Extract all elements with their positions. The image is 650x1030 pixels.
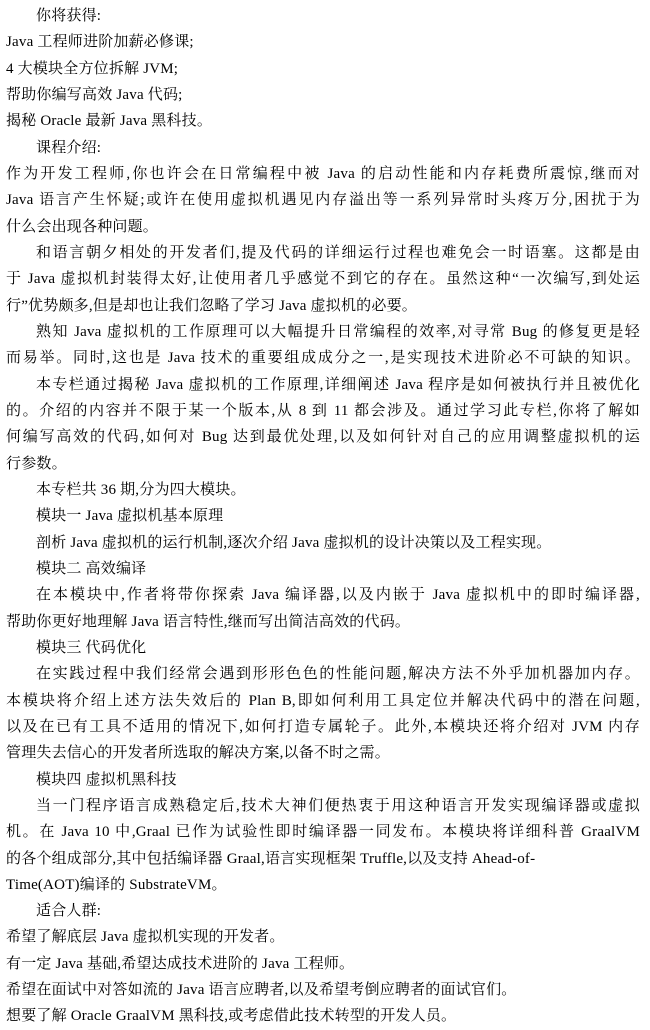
doc-line: 你将获得: [6,3,640,29]
doc-line: 的各个组成部分,其中包括编译器 Graal,语言实现框架 Truffle,以及支… [6,846,640,872]
doc-line: 行参数。 [6,451,640,477]
doc-line: Time(AOT)编译的 SubstrateVM。 [6,872,640,898]
doc-line: 本专栏共 36 期,分为四大模块。 [6,477,640,503]
doc-line: 帮助你编写高效 Java 代码; [6,82,640,108]
doc-line: 和语言朝夕相处的开发者们,提及代码的详细运行过程也难免会一时语塞。这都是由 [6,240,640,266]
doc-line: 何编写高效的代码,如何对 Bug 达到最优处理,以及如何针对自己的应用调整虚拟机… [6,424,640,450]
doc-line: 于 Java 虚拟机封装得太好,让使用者几乎感觉不到它的存在。虽然这种“一次编写… [6,266,640,292]
doc-line: 熟知 Java 虚拟机的工作原理可以大幅提升日常编程的效率,对寻常 Bug 的修… [6,319,640,345]
doc-line: 适合人群: [6,898,640,924]
doc-line: 行”优势颇多,但是却也让我们忽略了学习 Java 虚拟机的必要。 [6,293,640,319]
doc-line: 希望了解底层 Java 虚拟机实现的开发者。 [6,924,640,950]
doc-line: 而易举。同时,这也是 Java 技术的重要组成成分之一,是实现技术进阶必不可缺的… [6,345,640,371]
document-page: 你将获得:Java 工程师进阶加薪必修课;4 大模块全方位拆解 JVM;帮助你编… [0,0,650,1030]
doc-line: 想要了解 Oracle GraalVM 黑科技,或考虑借此技术转型的开发人员。 [6,1003,640,1029]
doc-line: 课程介绍: [6,135,640,161]
document-body: 你将获得:Java 工程师进阶加薪必修课;4 大模块全方位拆解 JVM;帮助你编… [6,3,640,1030]
doc-line: 管理失去信心的开发者所选取的解决方案,以备不时之需。 [6,740,640,766]
doc-line: 模块四 虚拟机黑科技 [6,767,640,793]
doc-line: 有一定 Java 基础,希望达成技术进阶的 Java 工程师。 [6,951,640,977]
doc-line: 的。介绍的内容并不限于某一个版本,从 8 到 11 都会涉及。通过学习此专栏,你… [6,398,640,424]
doc-line: 本专栏通过揭秘 Java 虚拟机的工作原理,详细阐述 Java 程序是如何被执行… [6,372,640,398]
doc-line: 剖析 Java 虚拟机的运行机制,逐次介绍 Java 虚拟机的设计决策以及工程实… [6,530,640,556]
doc-line: 希望在面试中对答如流的 Java 语言应聘者,以及希望考倒应聘者的面试官们。 [6,977,640,1003]
doc-line: 模块一 Java 虚拟机基本原理 [6,503,640,529]
doc-line: 在本模块中,作者将带你探索 Java 编译器,以及内嵌于 Java 虚拟机中的即… [6,582,640,608]
doc-line: 本模块将介绍上述方法失效后的 Plan B,即如何利用工具定位并解决代码中的潜在… [6,688,640,714]
doc-line: 什么会出现各种问题。 [6,214,640,240]
doc-line: Java 语言产生怀疑;或许在使用虚拟机遇见内存溢出等一系列异常时头疼万分,困扰… [6,187,640,213]
doc-line: 以及在已有工具不适用的情况下,如何打造专属轮子。此外,本模块还将介绍对 JVM … [6,714,640,740]
doc-line: 帮助你更好地理解 Java 语言特性,继而写出简洁高效的代码。 [6,609,640,635]
doc-line: 机。在 Java 10 中,Graal 已作为试验性即时编译器一同发布。本模块将… [6,819,640,845]
doc-line: 模块三 代码优化 [6,635,640,661]
doc-line: Java 工程师进阶加薪必修课; [6,29,640,55]
doc-line: 作为开发工程师,你也许会在日常编程中被 Java 的启动性能和内存耗费所震惊,继… [6,161,640,187]
doc-line: 4 大模块全方位拆解 JVM; [6,56,640,82]
doc-line: 模块二 高效编译 [6,556,640,582]
doc-line: 当一门程序语言成熟稳定后,技术大神们便热衷于用这种语言开发实现编译器或虚拟 [6,793,640,819]
doc-line: 在实践过程中我们经常会遇到形形色色的性能问题,解决方法不外乎加机器加内存。 [6,661,640,687]
doc-line: 揭秘 Oracle 最新 Java 黑科技。 [6,108,640,134]
